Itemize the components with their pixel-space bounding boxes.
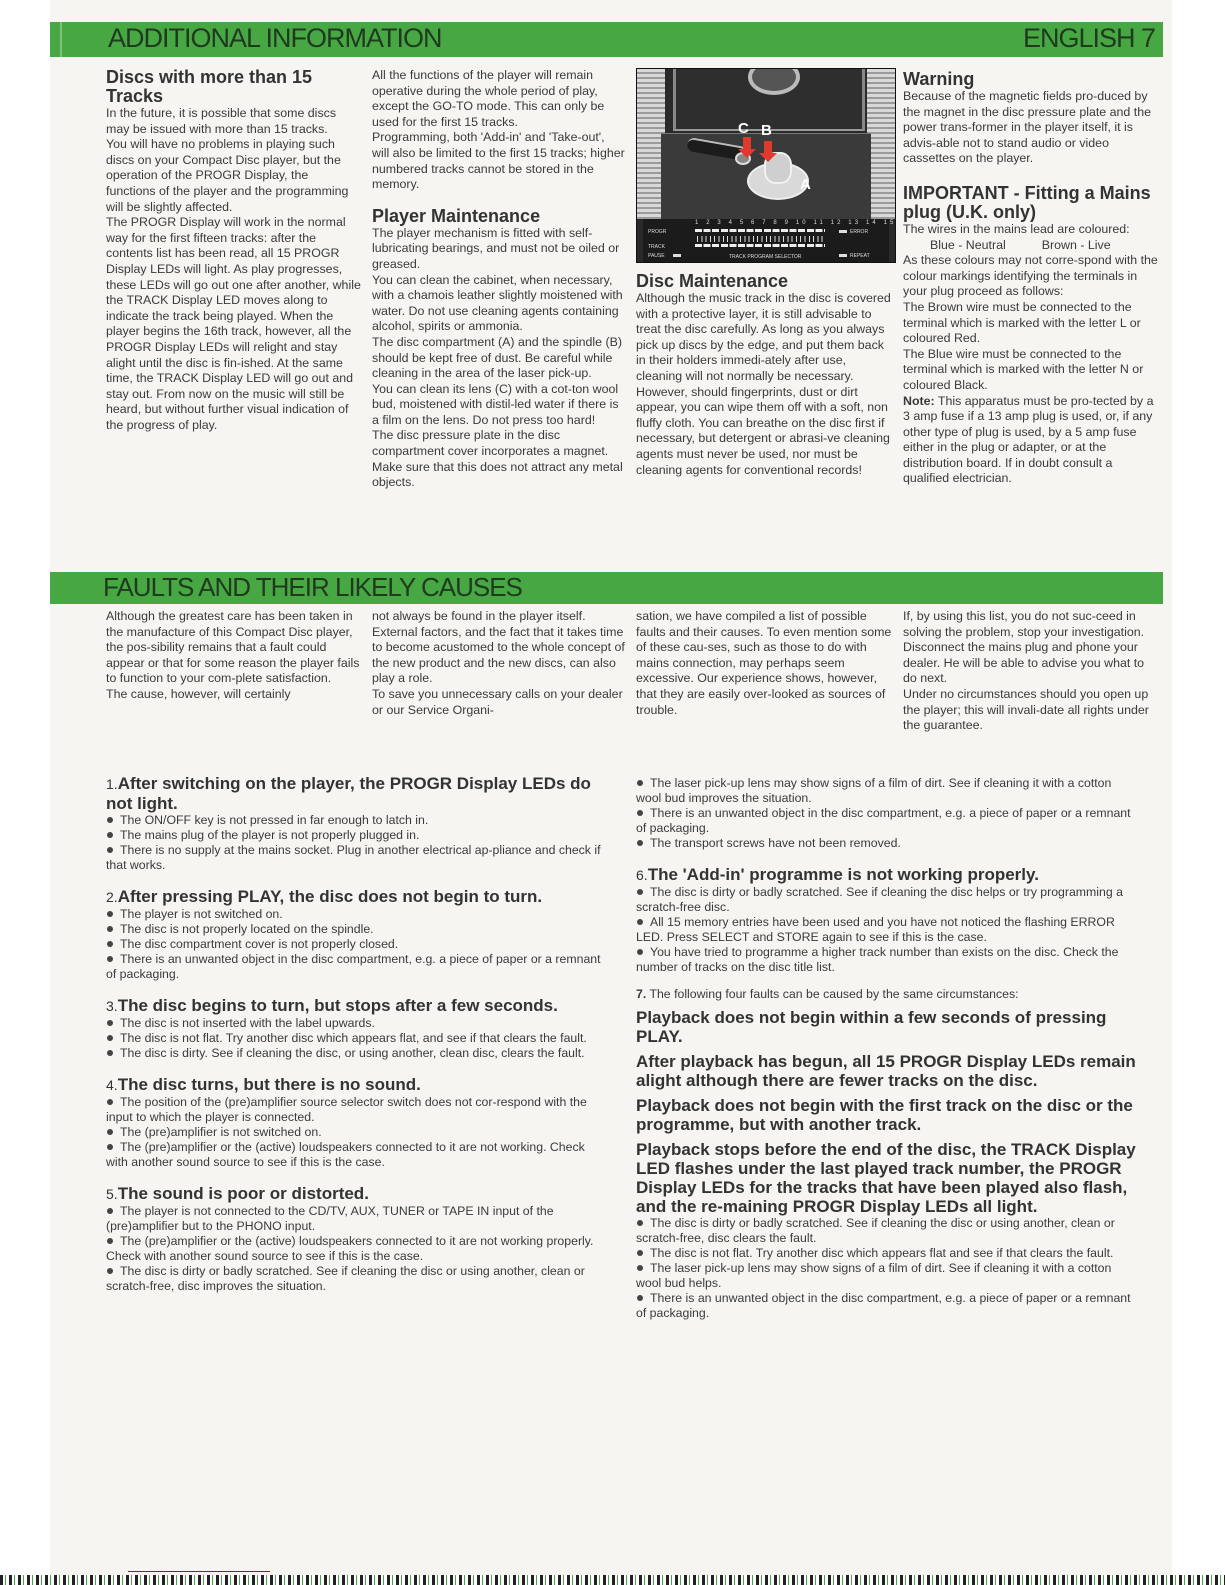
cause-text: The (pre)amplifier or the (active) louds… — [106, 1234, 593, 1263]
cause-text: The player is not connected to the CD/TV… — [106, 1204, 554, 1233]
bullet-icon — [637, 919, 643, 925]
fault-title: After switching on the player, the PROGR… — [106, 774, 591, 813]
fault-heading: 4.The disc turns, but there is no sound. — [106, 1075, 606, 1095]
fault-cause: You have tried to programme a higher tra… — [636, 945, 1136, 975]
cause-text: The disc is not flat. Try another disc w… — [650, 1246, 1113, 1260]
repeat-led — [839, 254, 847, 257]
fault-cause: The disc is dirty or badly scratched. Se… — [636, 1216, 1136, 1246]
error-led — [839, 230, 847, 233]
bullet-icon — [107, 1020, 113, 1026]
fault-cause: The disc compartment cover is not proper… — [106, 937, 606, 952]
fault-number: 2. — [106, 889, 118, 905]
paragraph: The PROGR Display will work in the norma… — [106, 215, 361, 433]
pause-led — [673, 254, 681, 257]
paragraph: not always be found in the player itself… — [372, 609, 627, 687]
fault-cause: The disc is not properly located on the … — [106, 922, 606, 937]
bullet-icon — [107, 1208, 113, 1214]
fault-title: After pressing PLAY, the disc does not b… — [118, 887, 542, 906]
fault-cause: The laser pick-up lens may show signs of… — [636, 1261, 1136, 1291]
fault-cause: The (pre)amplifier or the (active) louds… — [106, 1234, 606, 1264]
fault-cause: The ON/OFF key is not pressed in far eno… — [106, 813, 606, 828]
bullet-icon — [637, 949, 643, 955]
bar-notch — [60, 22, 62, 57]
cause-text: There is an unwanted object in the disc … — [636, 806, 1131, 835]
wires-intro: The wires in the mains lead are coloured… — [903, 222, 1159, 238]
bullet-icon — [107, 1099, 113, 1105]
fault-cause: There is an unwanted object in the disc … — [106, 952, 606, 982]
paragraph: The player mechanism is fitted with self… — [372, 226, 625, 273]
fault-title: The disc begins to turn, but stops after… — [118, 996, 558, 1015]
paragraph: In the future, it is possible that some … — [106, 106, 361, 137]
section-title: FAULTS AND THEIR LIKELY CAUSES — [103, 572, 522, 603]
column-2: All the functions of the player will rem… — [372, 68, 625, 491]
fault-title: The disc turns, but there is no sound. — [118, 1075, 421, 1094]
fault-cause: The disc is dirty. See if cleaning the d… — [106, 1046, 606, 1061]
paragraph-continued: The cause, however, will certainly — [106, 687, 361, 702]
cause-text: The position of the (pre)amplifier sourc… — [106, 1095, 587, 1124]
note-text: This apparatus must be pro-tected by a 3… — [903, 394, 1153, 486]
fault-4: 4.The disc turns, but there is no sound.… — [106, 1075, 606, 1170]
fault-heading: Playback does not begin with the first t… — [636, 1096, 1136, 1134]
fault-cause: The disc is not inserted with the label … — [106, 1016, 606, 1031]
brown-live: Brown - Live — [1042, 238, 1111, 252]
cause-text: The (pre)amplifier is not switched on. — [120, 1125, 322, 1139]
warning-important-column: Warning Because of the magnetic fields p… — [903, 70, 1159, 487]
fault-cause: The mains plug of the player is not prop… — [106, 828, 606, 843]
section-title: ADDITIONAL INFORMATION — [108, 23, 442, 54]
fault-5-continued: The laser pick-up lens may show signs of… — [636, 776, 1136, 851]
cause-text: You have tried to programme a higher tra… — [636, 945, 1118, 974]
player-photo: C B A 1 2 3 4 5 6 7 8 9 10 11 12 13 14 1… — [636, 68, 896, 263]
led-ticks — [697, 236, 825, 242]
cause-text: There is an unwanted object in the disc … — [106, 952, 601, 981]
bullet-icon — [107, 911, 113, 917]
fault-number: 1. — [106, 776, 118, 792]
bullet-icon — [107, 926, 113, 932]
fault-7: 7. The following four faults can be caus… — [636, 987, 1136, 1321]
fault-cause: The position of the (pre)amplifier sourc… — [106, 1095, 606, 1125]
fault-cause: All 15 memory entries have been used and… — [636, 915, 1136, 945]
faults-list-left: 1.After switching on the player, the PRO… — [106, 774, 606, 1294]
cause-text: All 15 memory entries have been used and… — [636, 915, 1115, 944]
fault-number: 6. — [636, 867, 648, 883]
fault-number: 5. — [106, 1186, 118, 1202]
fault-5: 5.The sound is poor or distorted. The pl… — [106, 1184, 606, 1294]
cause-text: The disc is dirty or badly scratched. Se… — [636, 1216, 1115, 1245]
paragraph: The Brown wire must be connected to the … — [903, 300, 1159, 347]
bullet-icon — [107, 956, 113, 962]
arrow-down-icon — [743, 137, 751, 149]
bullet-icon — [107, 941, 113, 947]
cause-text: The disc compartment cover is not proper… — [120, 937, 398, 951]
blue-neutral: Blue - Neutral — [930, 238, 1006, 252]
fault-number: 4. — [106, 1077, 118, 1093]
cause-text: The disc is not properly located on the … — [120, 922, 374, 936]
arrow-down-icon — [764, 141, 772, 153]
fault-cause: There is an unwanted object in the disc … — [636, 1291, 1136, 1321]
bullet-icon — [107, 832, 113, 838]
track-leds — [695, 244, 825, 247]
paragraph: The disc compartment (A) and the spindle… — [372, 335, 625, 382]
bullet-icon — [637, 1265, 643, 1271]
pressure-plate — [748, 68, 800, 95]
player-maintenance-title: Player Maintenance — [372, 207, 625, 226]
paragraph: The Blue wire must be connected to the t… — [903, 347, 1159, 394]
fault-2: 2.After pressing PLAY, the disc does not… — [106, 887, 606, 982]
bullet-icon — [637, 889, 643, 895]
fault-cause: The disc is dirty or badly scratched. Se… — [106, 1264, 606, 1294]
warning-text: Because of the magnetic fields pro-duced… — [903, 89, 1159, 167]
label-a: A — [800, 176, 811, 193]
fault-number: 3. — [106, 998, 118, 1014]
fault-heading: Playback does not begin within a few sec… — [636, 1008, 1136, 1046]
fault-cause: There is an unwanted object in the disc … — [636, 806, 1136, 836]
cause-text: The laser pick-up lens may show signs of… — [636, 776, 1111, 805]
bullet-icon — [107, 847, 113, 853]
section-header-faults: FAULTS AND THEIR LIKELY CAUSES — [50, 572, 1163, 604]
fault-number: 7. — [636, 987, 646, 1001]
fault-heading: 1.After switching on the player, the PRO… — [106, 774, 606, 813]
cause-text: The disc is dirty or badly scratched. Se… — [106, 1264, 585, 1293]
bullet-icon — [637, 780, 643, 786]
repeat-label: REPEAT — [850, 253, 870, 259]
selector-label: TRACK PROGRAM SELECTOR — [729, 254, 801, 260]
paragraph: To save you unnecessary calls on your de… — [372, 687, 627, 718]
cabinet-side — [867, 69, 895, 219]
cause-text: The disc is not inserted with the label … — [120, 1016, 375, 1030]
important-title: IMPORTANT - Fitting a Mains plug (U.K. o… — [903, 184, 1159, 222]
bullet-icon — [107, 1035, 113, 1041]
fault-cause: The (pre)amplifier or the (active) louds… — [106, 1140, 606, 1170]
cause-text: The ON/OFF key is not pressed in far eno… — [120, 813, 428, 827]
bullet-icon — [107, 1144, 113, 1150]
bullet-icon — [107, 1238, 113, 1244]
fault-cause: The laser pick-up lens may show signs of… — [636, 776, 1136, 806]
paragraph: You can clean its lens (C) with a cot-to… — [372, 382, 625, 429]
paragraph: All the functions of the player will rem… — [372, 68, 625, 130]
label-b: B — [761, 122, 772, 139]
faults-list-right: The laser pick-up lens may show signs of… — [636, 774, 1136, 1321]
bullet-icon — [637, 1220, 643, 1226]
paragraph: Although the greatest care has been take… — [106, 609, 361, 687]
warning-title: Warning — [903, 70, 1159, 89]
cause-text: The disc is dirty or badly scratched. Se… — [636, 885, 1123, 914]
fault-heading: After playback has begun, all 15 PROGR D… — [636, 1052, 1136, 1090]
fault-intro-text: The following four faults can be caused … — [646, 987, 1018, 1001]
bullet-icon — [637, 1295, 643, 1301]
fault-3: 3.The disc begins to turn, but stops aft… — [106, 996, 606, 1061]
fault-6: 6.The 'Add-in' programme is not working … — [636, 865, 1136, 975]
paragraph: Although the music track in the disc is … — [636, 291, 892, 385]
fault-title: The 'Add-in' programme is not working pr… — [648, 865, 1039, 884]
fault-7-intro: 7. The following four faults can be caus… — [636, 987, 1136, 1002]
wire-colours: Blue - NeutralBrown - Live — [903, 238, 1159, 254]
fault-cause: The (pre)amplifier is not switched on. — [106, 1125, 606, 1140]
scan-underline — [128, 1571, 270, 1572]
cause-text: The mains plug of the player is not prop… — [120, 828, 419, 842]
disc-maintenance-section: Disc Maintenance Although the music trac… — [636, 272, 892, 478]
fault-cause: The disc is not flat. Try another disc w… — [106, 1031, 606, 1046]
paragraph: As these colours may not corre-spond wit… — [903, 253, 1159, 300]
bullet-icon — [637, 840, 643, 846]
note: Note: This apparatus must be pro-tected … — [903, 394, 1159, 488]
paragraph: sation, we have compiled a list of possi… — [636, 609, 892, 718]
label-c: C — [738, 120, 749, 137]
fault-heading: 2.After pressing PLAY, the disc does not… — [106, 887, 606, 907]
paragraph: If, by using this list, you do not suc-c… — [903, 609, 1161, 687]
paragraph: Programming, both 'Add-in' and 'Take-out… — [372, 130, 625, 192]
cause-text: The disc is not flat. Try another disc w… — [120, 1031, 587, 1045]
faults-intro-col-2: not always be found in the player itself… — [372, 609, 627, 718]
fault-cause: The disc is not flat. Try another disc w… — [636, 1246, 1136, 1261]
fault-heading: 5.The sound is poor or distorted. — [106, 1184, 606, 1204]
paragraph: However, should fingerprints, dust or di… — [636, 385, 892, 479]
bullet-icon — [107, 1050, 113, 1056]
cause-text: There is no supply at the mains socket. … — [106, 843, 601, 872]
fault-cause: The player is not switched on. — [106, 907, 606, 922]
progr-label: PROGR — [648, 229, 666, 235]
fault-heading: Playback stops before the end of the dis… — [636, 1140, 1136, 1216]
bullet-icon — [637, 810, 643, 816]
discs-more-15-section: Discs with more than 15 Tracks In the fu… — [106, 68, 361, 433]
paragraph: The disc pressure plate in the disc comp… — [372, 428, 625, 490]
bullet-icon — [107, 817, 113, 823]
fault-heading: 6.The 'Add-in' programme is not working … — [636, 865, 1136, 885]
scan-edge-strip — [0, 1575, 1225, 1585]
error-label: ERROR — [850, 229, 868, 235]
faults-intro-col-3: sation, we have compiled a list of possi… — [636, 609, 892, 718]
track-numbers: 1 2 3 4 5 6 7 8 9 10 11 12 13 14 15 — [695, 220, 896, 226]
cause-text: The disc is dirty. See if cleaning the d… — [120, 1046, 585, 1060]
discs-more-15-title: Discs with more than 15 Tracks — [106, 68, 361, 106]
faults-intro-col-4: If, by using this list, you do not suc-c… — [903, 609, 1161, 734]
faults-intro-col-1: Although the greatest care has been take… — [106, 609, 361, 702]
track-program-selector-panel: 1 2 3 4 5 6 7 8 9 10 11 12 13 14 15 PROG… — [643, 219, 889, 262]
fault-cause: The transport screws have not been remov… — [636, 836, 1136, 851]
cause-text: The player is not switched on. — [120, 907, 283, 921]
fault-1: 1.After switching on the player, the PRO… — [106, 774, 606, 873]
cause-text: The laser pick-up lens may show signs of… — [636, 1261, 1111, 1290]
note-label: Note: — [903, 394, 935, 408]
section-header-additional-information: ADDITIONAL INFORMATION ENGLISH 7 — [50, 22, 1163, 57]
important-label: IMPORTANT — [903, 183, 1009, 203]
bullet-icon — [107, 1129, 113, 1135]
bullet-icon — [637, 1250, 643, 1256]
fault-heading: 3.The disc begins to turn, but stops aft… — [106, 996, 606, 1016]
page-language-number: ENGLISH 7 — [1023, 23, 1155, 54]
cause-text: There is an unwanted object in the disc … — [636, 1291, 1131, 1320]
cause-text: The (pre)amplifier or the (active) louds… — [106, 1140, 585, 1169]
cause-text: The transport screws have not been remov… — [650, 836, 901, 850]
fault-cause: The player is not connected to the CD/TV… — [106, 1204, 606, 1234]
fault-cause: The disc is dirty or badly scratched. Se… — [636, 885, 1136, 915]
paragraph: Under no circumstances should you open u… — [903, 687, 1161, 734]
pause-label: PAUSE — [648, 253, 665, 259]
bullet-icon — [107, 1268, 113, 1274]
fault-title: The sound is poor or distorted. — [118, 1184, 369, 1203]
paragraph: You will have no problems in playing suc… — [106, 137, 361, 215]
disc-maintenance-title: Disc Maintenance — [636, 272, 892, 291]
paragraph: You can clean the cabinet, when necessar… — [372, 273, 625, 335]
progr-leds — [695, 229, 825, 232]
fault-cause: There is no supply at the mains socket. … — [106, 843, 606, 873]
track-label: TRACK — [648, 244, 665, 250]
